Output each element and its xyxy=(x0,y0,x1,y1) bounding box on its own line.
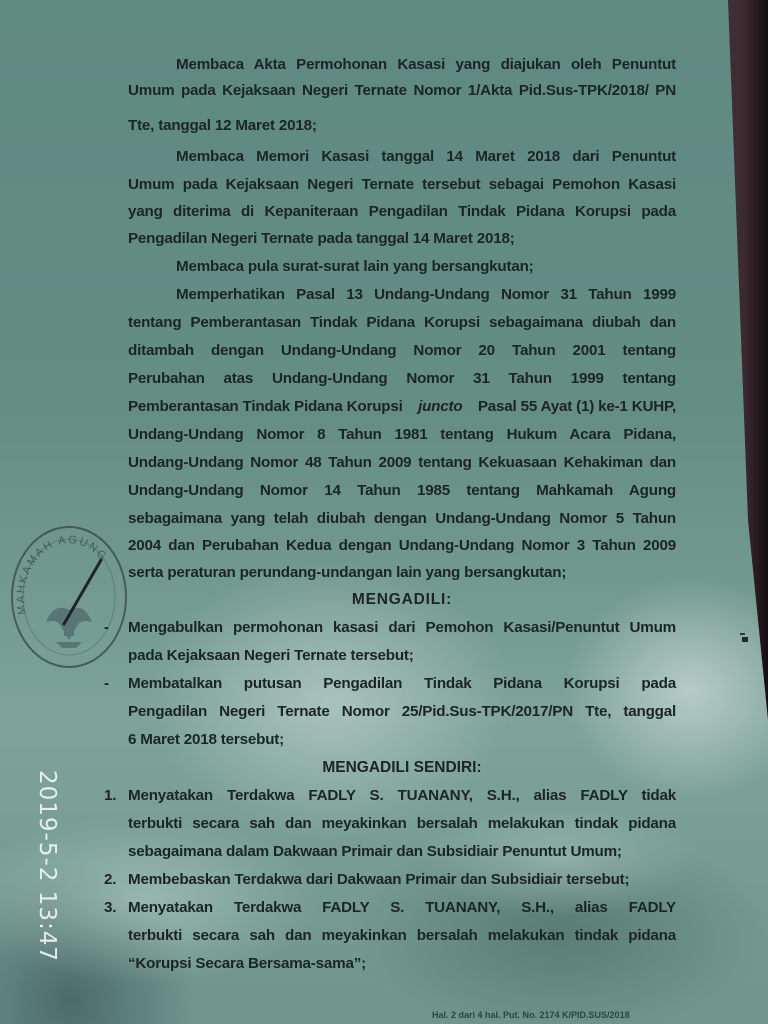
text-line: 6 Maret 2018 tersebut; xyxy=(128,731,284,748)
text-line: Pengadilan Negeri Ternate Nomor 25/Pid.S… xyxy=(128,703,676,720)
text-line: terbukti secara sah dan meyakinkan bersa… xyxy=(128,815,676,832)
text-line: Undang-Undang Nomor 14 Tahun 1985 tentan… xyxy=(128,482,676,499)
text-line: yang diterima di Kepaniteraan Pengadilan… xyxy=(128,203,676,220)
text-line: Perubahan atas Undang-Undang Nomor 31 Ta… xyxy=(128,370,676,387)
list-number: 3. xyxy=(104,899,116,916)
text-line: Membaca pula surat-surat lain yang bersa… xyxy=(176,258,534,275)
text-line: Membatalkan putusan Pengadilan Tindak Pi… xyxy=(128,675,676,692)
list-number: 1. xyxy=(104,787,116,804)
text-line: Umum pada Kejaksaan Negeri Ternate terse… xyxy=(128,176,676,193)
text-line: serta peraturan perundang-undangan lain … xyxy=(128,564,566,581)
section-heading-mengadili-sendiri: MENGADILI SENDIRI: xyxy=(128,759,676,777)
text-line: Undang-Undang Nomor 8 Tahun 1981 tentang… xyxy=(128,426,676,443)
text-line: Menyatakan Terdakwa FADLY S. TUANANY, S.… xyxy=(128,899,676,916)
text-line: Pengadilan Negeri Ternate pada tanggal 1… xyxy=(128,230,515,247)
text-line: sebagaimana dalam Dakwaan Primair dan Su… xyxy=(128,843,622,860)
text-line: “Korupsi Secara Bersama-sama”; xyxy=(128,955,366,972)
text-segment: Pasal 55 Ayat (1) ke-1 KUHP, xyxy=(478,398,676,415)
text-line: Memperhatikan Pasal 13 Undang-Undang Nom… xyxy=(176,286,676,303)
text-line: sebagaimana yang telah diubah dengan Und… xyxy=(128,510,676,527)
photo-timestamp: 2019-5-2 13:47 xyxy=(20,770,60,1000)
text-line: Membaca Akta Permohonan Kasasi yang diaj… xyxy=(176,56,676,73)
seal-icon: MAHKAMAH AGUNG xyxy=(6,522,130,672)
court-seal-stamp: MAHKAMAH AGUNG xyxy=(6,522,130,672)
text-line: Undang-Undang Nomor 48 Tahun 2009 tentan… xyxy=(128,454,676,471)
list-number: 2. xyxy=(104,871,116,888)
text-line: Membebaskan Terdakwa dari Dakwaan Primai… xyxy=(128,871,629,888)
text-segment: Pemberantasan Tindak Pidana Korupsi xyxy=(128,398,403,415)
text-line: tentang Pemberantasan Tindak Pidana Koru… xyxy=(128,314,676,331)
text-line: Membaca Memori Kasasi tanggal 14 Maret 2… xyxy=(176,148,676,165)
text-line: ditambah dengan Undang-Undang Nomor 20 T… xyxy=(128,342,676,359)
text-line: terbukti secara sah dan meyakinkan bersa… xyxy=(128,927,676,944)
italic-term: juncto xyxy=(418,398,462,415)
text-line: Pemberantasan Tindak Pidana Korupsi junc… xyxy=(128,398,676,415)
paper-mark xyxy=(742,637,748,642)
text-line: Tte, tanggal 12 Maret 2018; xyxy=(128,117,317,134)
page-footer-reference: Hal. 2 dari 4 hal. Put. No. 2174 K/PID.S… xyxy=(432,1010,630,1020)
section-heading-mengadili: MENGADILI: xyxy=(128,591,676,609)
text-line: Mengabulkan permohonan kasasi dari Pemoh… xyxy=(128,619,676,636)
text-line: 2004 dan Perubahan Kedua dengan Undang-U… xyxy=(128,537,676,554)
text-line: Menyatakan Terdakwa FADLY S. TUANANY, S.… xyxy=(128,787,676,804)
bullet-marker: - xyxy=(104,675,109,692)
paper-mark xyxy=(740,633,745,635)
text-line: pada Kejaksaan Negeri Ternate tersebut; xyxy=(128,647,414,664)
document-page: Membaca Akta Permohonan Kasasi yang diaj… xyxy=(0,0,768,1024)
text-line: Umum pada Kejaksaan Negeri Ternate Nomor… xyxy=(128,82,676,99)
